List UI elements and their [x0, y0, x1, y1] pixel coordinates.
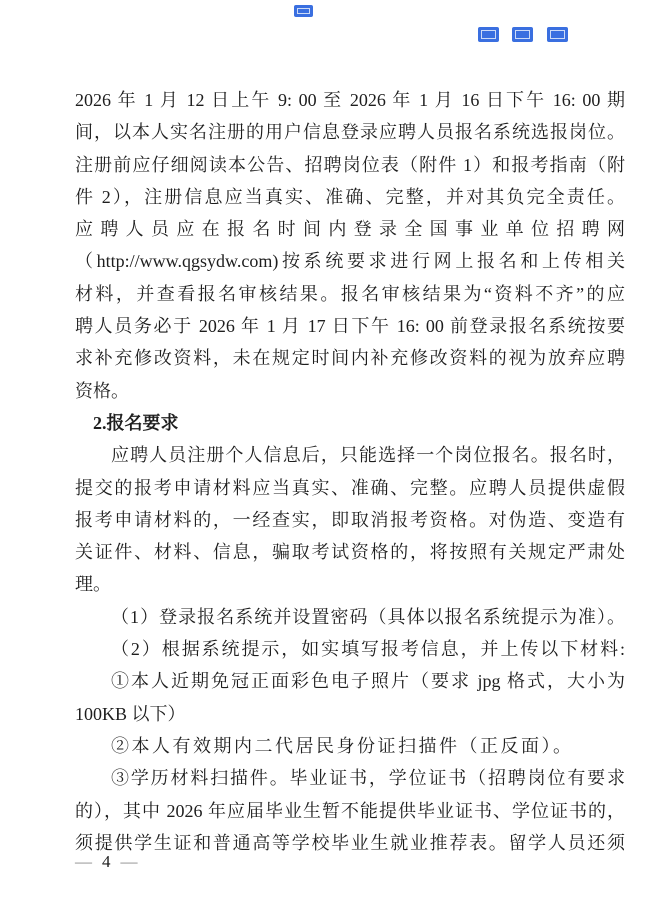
text-line: ②本人有效期内二代居民身份证扫描件（正反面）。 — [75, 730, 625, 762]
text-line: ①本人近期免冠正面彩色电子照片（要求 jpg 格式，大小为 — [75, 665, 625, 697]
text-line: 间，以本人实名注册的用户信息登录应聘人员报名系统选报岗位。 — [75, 116, 625, 148]
text-line: 2026 年 1 月 12 日上午 9: 00 至 2026 年 1 月 16 … — [75, 84, 625, 116]
text-line: 资格。 — [75, 375, 625, 407]
stamp-mark-3 — [512, 27, 533, 42]
text-line: 的），其中 2026 年应届毕业生暂不能提供毕业证书、学位证书的， — [75, 795, 625, 827]
stamp-mark-1 — [294, 5, 313, 17]
text-line: 须提供学生证和普通高等学校毕业生就业推荐表。留学人员还须 — [75, 827, 625, 859]
text-line: 注册前应仔细阅读本公告、招聘岗位表（附件 1）和报考指南（附 — [75, 149, 625, 181]
text-line: 100KB 以下） — [75, 698, 625, 730]
document-page: 2026 年 1 月 12 日上午 9: 00 至 2026 年 1 月 16 … — [0, 0, 650, 919]
footer-dash-right: — — [121, 852, 138, 871]
text-line: （http://www.qgsydw.com)按系统要求进行网上报名和上传相关 — [75, 245, 625, 277]
stamp-mark-4 — [547, 27, 568, 42]
text-line: 件 2），注册信息应当真实、准确、完整，并对其负完全责任。 — [75, 181, 625, 213]
text-line: 提交的报考申请材料应当真实、准确、完整。应聘人员提供虚假 — [75, 472, 625, 504]
text-line: 求补充修改资料，未在规定时间内补充修改资料的视为放弃应聘 — [75, 342, 625, 374]
text-line: （1）登录报名系统并设置密码（具体以报名系统提示为准）。 — [75, 601, 625, 633]
text-line: 应聘人员应在报名时间内登录全国事业单位招聘网 — [75, 213, 625, 245]
text-line: 聘人员务必于 2026 年 1 月 17 日下午 16: 00 前登录报名系统按… — [75, 310, 625, 342]
text-line: ③学历材料扫描件。毕业证书，学位证书（招聘岗位有要求 — [75, 762, 625, 794]
stamp-mark-2 — [478, 27, 499, 42]
footer-page-number: 4 — [102, 852, 111, 871]
text-line: （2）根据系统提示，如实填写报考信息，并上传以下材料: — [75, 633, 625, 665]
text-line: 关证件、材料、信息，骗取考试资格的，将按照有关规定严肃处 — [75, 536, 625, 568]
text-line: 2.报名要求 — [75, 407, 625, 439]
text-line: 报考申请材料的，一经查实，即取消报考资格。对伪造、变造有 — [75, 504, 625, 536]
text-line: 理。 — [75, 568, 625, 600]
text-line: 应聘人员注册个人信息后，只能选择一个岗位报名。报名时， — [75, 439, 625, 471]
text-line: 材料，并查看报名审核结果。报名审核结果为“资料不齐”的应 — [75, 278, 625, 310]
page-footer: —4— — [75, 852, 138, 872]
footer-dash-left: — — [75, 852, 92, 871]
document-lines: 2026 年 1 月 12 日上午 9: 00 至 2026 年 1 月 16 … — [75, 84, 625, 859]
